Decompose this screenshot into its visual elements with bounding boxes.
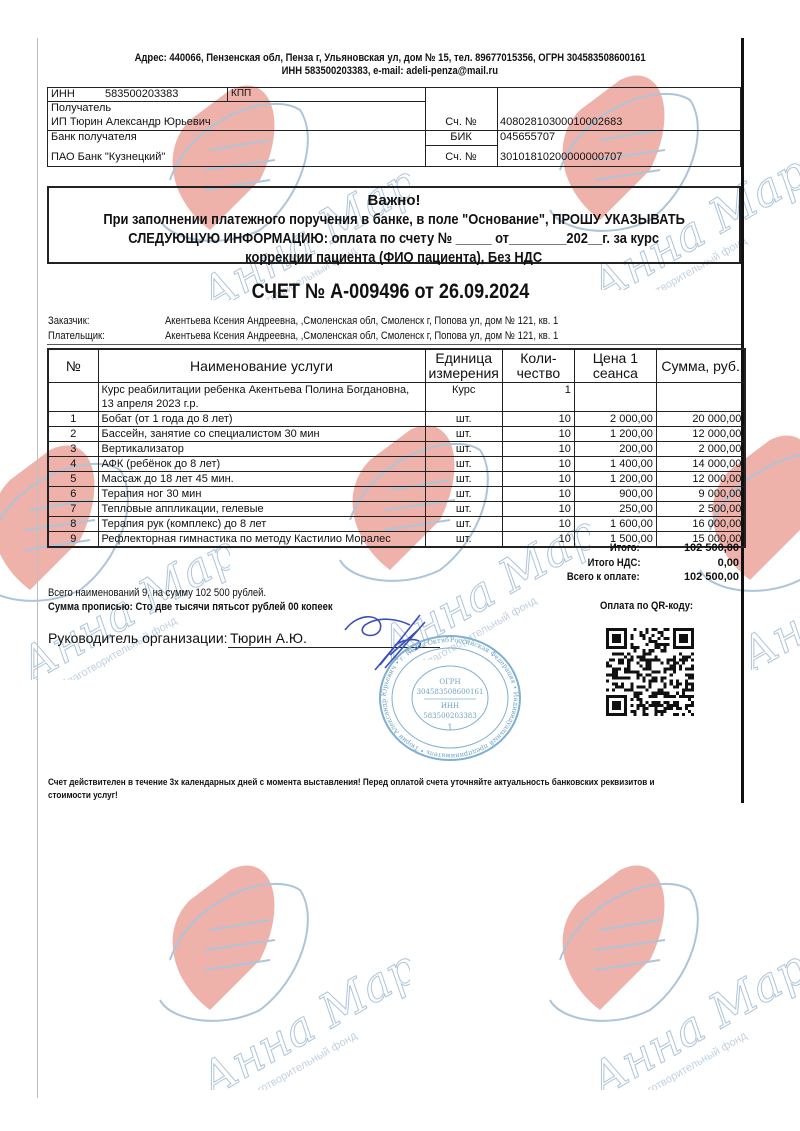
row-service-name: Терапия ног 30 мин	[98, 487, 425, 502]
row-service-name: Бобат (от 1 года до 8 лет)	[98, 412, 425, 427]
notice-line-2: СЛЕДУЮЩУЮ ИНФОРМАЦИЮ: оплата по счету № …	[129, 229, 660, 248]
amount-in-words: Сумма прописью: Сто две тысячи пятьсот р…	[48, 600, 333, 614]
row-sum: 12 000,00	[656, 427, 745, 442]
row-sum: 20 000,00	[656, 412, 745, 427]
row-quantity: 10	[502, 472, 574, 487]
row-number: 3	[48, 442, 98, 457]
row-price: 250,00	[574, 502, 656, 517]
row-quantity: 10	[502, 427, 574, 442]
row-number: 6	[48, 487, 98, 502]
company-contacts: ИНН 583500203383, e-mail: adeli-penza@ma…	[282, 65, 498, 78]
row-number: 5	[48, 472, 98, 487]
account-value: 40802810300010002683	[500, 116, 622, 128]
row-number: 7	[48, 502, 98, 517]
page-left-border	[37, 38, 38, 1098]
corr-account-label: Сч. №	[425, 151, 497, 163]
recipient-label: Получатель	[51, 102, 111, 114]
row-price: 1 600,00	[574, 517, 656, 532]
table-row: 1Бобат (от 1 года до 8 лет)шт.102 000,00…	[48, 412, 745, 427]
svg-text:304583508600161: 304583508600161	[417, 688, 484, 696]
company-address: Адрес: 440066, Пензенская обл, Пенза г, …	[134, 52, 645, 65]
notice-line-3: коррекции пациента (ФИО пациента), Без Н…	[245, 248, 542, 267]
row-unit: шт.	[425, 412, 502, 427]
row-number: 4	[48, 457, 98, 472]
payer-value: Акентьева Ксения Андреевна, ,Смоленская …	[165, 330, 558, 342]
invoice-title: СЧЕТ № А-009496 от 26.09.2024	[40, 280, 740, 304]
row-sum: 14 000,00	[656, 457, 745, 472]
col-sum: Сумма, руб.	[656, 349, 745, 383]
row-sum: 9 000,00	[656, 487, 745, 502]
row-price: 900,00	[574, 487, 656, 502]
row-sum: 12 000,00	[656, 472, 745, 487]
col-price: Цена 1сеанса	[574, 349, 656, 383]
bik-value: 045655707	[500, 131, 555, 143]
table-row: 5Массаж до 18 лет 45 мин.шт.101 200,0012…	[48, 472, 745, 487]
row-unit: шт.	[425, 457, 502, 472]
divider	[47, 344, 741, 345]
svg-text:ОГРН: ОГРН	[439, 678, 460, 686]
vat-label: Итого НДС:	[587, 557, 640, 569]
row-quantity: 10	[502, 502, 574, 517]
row-quantity: 10	[502, 457, 574, 472]
table-row: 7Тепловые аппликации, гелевыешт.10250,00…	[48, 502, 745, 517]
row-service-name: Бассейн, занятие со специалистом 30 мин	[98, 427, 425, 442]
account-label: Сч. №	[425, 116, 497, 128]
row-sum: 2 000,00	[656, 442, 745, 457]
row-service-name: Массаж до 18 лет 45 мин.	[98, 472, 425, 487]
total-value: 102 500,00	[684, 542, 739, 554]
svg-text:Анна Мария: Анна Мария	[578, 909, 800, 1090]
table-row-course: Курс реабилитации ребенка Акентьева Поли…	[48, 383, 745, 412]
row-number: 8	[48, 517, 98, 532]
row-unit: шт.	[425, 532, 502, 548]
validity-note: Счет действителен в течение 3х календарн…	[48, 776, 748, 802]
row-price: 1 400,00	[574, 457, 656, 472]
services-table: № Наименование услуги Единицаизмерения К…	[47, 348, 746, 548]
notice-line-1: При заполнении платежного поручения в ба…	[103, 210, 685, 229]
items-count-line: Всего наименований 9, на сумму 102 500 р…	[48, 586, 266, 600]
row-price: 1 200,00	[574, 472, 656, 487]
company-header: Адрес: 440066, Пензенская обл, Пенза г, …	[40, 52, 740, 78]
svg-text:ИНН: ИНН	[441, 702, 459, 710]
row-unit: шт.	[425, 472, 502, 487]
totals-block: Итого:102 500,00 Итого НДС:0,00 Всего к …	[520, 542, 740, 586]
table-header-row: № Наименование услуги Единицаизмерения К…	[48, 349, 745, 383]
col-unit: Единицаизмерения	[425, 349, 502, 383]
recipient-value: ИП Тюрин Александр Юрьевич	[51, 116, 211, 128]
svg-text:Анна Мария: Анна Мария	[188, 909, 410, 1090]
row-service-name: Рефлекторная гимнастика по методу Кастил…	[98, 532, 425, 548]
svg-text:Российская Федерация • Индивид: Российская Федерация • Индивидуальный пр…	[376, 632, 520, 760]
inn-value: 583500203383	[105, 88, 178, 100]
row-number: 2	[48, 427, 98, 442]
vat-value: 0,00	[718, 557, 739, 569]
row-unit: шт.	[425, 427, 502, 442]
col-number: №	[48, 349, 98, 383]
inn-label: ИНН	[51, 88, 75, 100]
watermark-logo: Анна Мария благотворительный фонд	[540, 860, 800, 1090]
signature-row: Руководитель организации: Тюрин А.Ю.	[48, 630, 228, 646]
row-service-name: Вертикализатор	[98, 442, 425, 457]
table-row: 2Бассейн, занятие со специалистом 30 мин…	[48, 427, 745, 442]
row-unit: шт.	[425, 502, 502, 517]
bank-requisites: ИНН 583500203383 КПП Получатель ИП Тюрин…	[47, 87, 741, 167]
svg-text:благотворительный фонд: благотворительный фонд	[630, 1030, 750, 1090]
row-price: 2 000,00	[574, 412, 656, 427]
course-name: Курс реабилитации ребенка Акентьева Поли…	[98, 383, 425, 412]
table-row: 4АФК (ребёнок до 8 лет)шт.101 400,0014 0…	[48, 457, 745, 472]
svg-text:благотворительный фонд: благотворительный фонд	[240, 1030, 360, 1090]
row-unit: шт.	[425, 487, 502, 502]
row-unit: шт.	[425, 442, 502, 457]
payer-label: Плательщик:	[48, 330, 105, 342]
company-stamp-icon: ОГРН 304583508600161 ИНН 583500203383 1 …	[376, 632, 524, 764]
summary-block: Всего наименований 9, на сумму 102 500 р…	[48, 586, 379, 614]
qr-code-icon	[606, 624, 694, 720]
table-row: 8Терапия рук (комплекс) до 8 летшт.101 6…	[48, 517, 745, 532]
row-price: 200,00	[574, 442, 656, 457]
svg-text:благотворительный фонд: благотворительный фонд	[60, 615, 180, 680]
row-price: 1 200,00	[574, 427, 656, 442]
bank-value: ПАО Банк "Кузнецкий"	[51, 151, 165, 163]
col-quantity: Коли-чество	[502, 349, 574, 383]
kpp-label: КПП	[231, 88, 251, 99]
watermark-logo: Анна Мария благотворительный фонд	[150, 860, 410, 1090]
row-quantity: 10	[502, 487, 574, 502]
qr-label: Оплата по QR-коду:	[600, 600, 708, 612]
row-sum: 16 000,00	[656, 517, 745, 532]
row-service-name: Тепловые аппликации, гелевые	[98, 502, 425, 517]
row-service-name: АФК (ребёнок до 8 лет)	[98, 457, 425, 472]
due-label: Всего к оплате:	[567, 571, 640, 583]
row-quantity: 10	[502, 442, 574, 457]
total-label: Итого:	[610, 542, 640, 554]
notice-title: Важно!	[49, 191, 739, 210]
row-service-name: Терапия рук (комплекс) до 8 лет	[98, 517, 425, 532]
bank-label: Банк получателя	[51, 131, 137, 143]
signer-label: Руководитель организации:	[48, 630, 228, 646]
bik-label: БИК	[425, 131, 497, 143]
row-sum: 2 500,00	[656, 502, 745, 517]
corr-account-value: 30101810200000000707	[500, 151, 622, 163]
table-row: 3Вертикализаторшт.10200,002 000,00	[48, 442, 745, 457]
col-service-name: Наименование услуги	[98, 349, 425, 383]
payment-notice: Важно! При заполнении платежного поручен…	[47, 186, 741, 264]
row-unit: шт.	[425, 517, 502, 532]
customer-value: Акентьева Ксения Андреевна, ,Смоленская …	[165, 315, 558, 327]
row-quantity: 10	[502, 517, 574, 532]
due-value: 102 500,00	[684, 571, 739, 583]
row-number: 9	[48, 532, 98, 548]
svg-text:1: 1	[447, 723, 452, 732]
table-row: 6Терапия ног 30 миншт.10900,009 000,00	[48, 487, 745, 502]
customer-label: Заказчик:	[48, 315, 89, 327]
row-quantity: 10	[502, 412, 574, 427]
row-number: 1	[48, 412, 98, 427]
svg-text:583500203383: 583500203383	[423, 712, 476, 720]
